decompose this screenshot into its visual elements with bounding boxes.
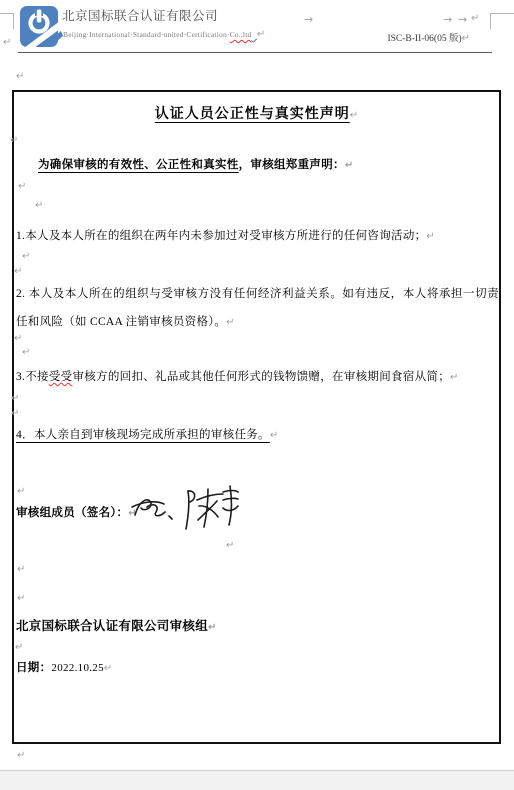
pilcrow-mark: ↵ [10, 136, 18, 146]
item3-flagged-duplicate: 受受 [49, 371, 73, 383]
pilcrow-mark: ↵ [104, 662, 113, 675]
crop-mark-top-left-v [13, 13, 14, 29]
pilcrow-mark: ↵ [226, 541, 234, 551]
pilcrow-mark: ↵ [16, 72, 24, 82]
declaration-item-2: 2. 本人及本人所在的组织与受审核方没有任何经济利益关系。如有违反，本人将承担一… [16, 280, 499, 337]
doc-number-text: ISC-B-II-06(05 版) [387, 34, 461, 44]
pilcrow-mark: ↵ [14, 267, 22, 277]
item3-post: 审核方的回扣、礼品或其他任何形式的钱物馈赠，在审核期间食宿从简； [72, 371, 450, 383]
pilcrow-mark: ↵ [17, 487, 25, 497]
header-rule [18, 52, 492, 53]
pilcrow-mark: ↵ [18, 182, 26, 192]
pilcrow-mark: ↵ [17, 594, 25, 604]
pilcrow-mark: ↵ [208, 622, 217, 633]
pilcrow-mark: ↵ [11, 409, 19, 419]
declaration-item-4: 4．本人亲自到审核现场完成所承担的审核任务。↵ [16, 428, 499, 443]
pilcrow-mark: ↵ [426, 230, 435, 243]
item2-text: 2. 本人及本人所在的组织与受审核方没有任何经济利益关系。如有违反，本人将承担一… [16, 288, 499, 328]
document-body-frame [12, 90, 501, 744]
signature-label-line: 审核组成员（签名）：↵ [16, 506, 137, 521]
pilcrow-mark: ↵ [17, 565, 25, 575]
handwritten-signature-1 [129, 491, 175, 525]
signature-label: 审核组成员（签名）： [16, 507, 128, 519]
intro-statement: 为确保审核的有效性、公正性和真实性，审核组郑重声明：↵ [38, 158, 354, 173]
tab-arrow-icon: → [443, 14, 452, 25]
pilcrow-mark: ↵ [471, 14, 479, 24]
doc-number: ISC-B-II-06(05 版)↵ [330, 30, 470, 44]
pilcrow-mark: ↵ [462, 33, 470, 44]
pilcrow-mark: ↵ [17, 751, 25, 761]
handwritten-signature-2 [180, 480, 240, 536]
item3-pre: 3.不接 [16, 371, 49, 383]
crop-mark-top-right-v [490, 13, 491, 29]
declaration-item-1: 1.本人及本人所在的组织在两年内未参加过对受审核方所进行的任何咨询活动；↵ [16, 229, 499, 244]
item1-text: 1.本人及本人所在的组织在两年内未参加过对受审核方所进行的任何咨询活动； [16, 230, 426, 242]
document-title: 认证人员公正性与真实性声明 [155, 107, 350, 122]
header-company-name-en: Beijing·International·Standard·united·Ce… [63, 29, 265, 41]
tab-arrow-icon: → [304, 14, 313, 25]
declaration-item-3: 3.不接受受审核方的回扣、礼品或其他任何形式的钱物馈赠，在审核期间食宿从简；↵ [16, 370, 499, 385]
intro-underlined: 为确保审核的有效性、公正性和真实性 [38, 159, 239, 171]
closing-company-line: 北京国标联合认证有限公司审核组↵ [16, 616, 217, 634]
document-title-line: 认证人员公正性与真实性声明↵ [12, 103, 501, 123]
pilcrow-mark: ↵ [450, 371, 459, 384]
pilcrow-mark: ↵ [22, 348, 30, 358]
pilcrow-mark: ↵ [11, 394, 19, 404]
spellcheck-flagged-text: Co.,ltd [230, 30, 252, 39]
pilcrow-mark: ↵ [226, 309, 235, 337]
pilcrow-mark: ↵ [22, 252, 30, 262]
date-value: 2022.10.25 [51, 662, 104, 674]
date-label: 日期： [16, 662, 51, 674]
date-line: 日期：2022.10.25↵ [16, 661, 113, 676]
pilcrow-mark: ↵ [14, 334, 22, 344]
pilcrow-mark: ↵ [15, 643, 23, 653]
pilcrow-mark: ↵ [257, 29, 266, 41]
company-logo-icon [20, 5, 64, 49]
item4-text: 4．本人亲自到审核现场完成所承担的审核任务。 [16, 429, 270, 441]
pilcrow-mark: ↵ [350, 110, 358, 121]
closing-company: 北京国标联合认证有限公司审核组 [16, 619, 208, 633]
crop-mark-top-left-h [0, 13, 13, 14]
intro-rest: ，审核组郑重声明： [239, 159, 345, 171]
tab-arrow-icon: → [458, 14, 467, 25]
header-company-name-en-text: Beijing·International·Standard·united·Ce… [63, 30, 230, 39]
document-page: 北京国标联合认证有限公司 Beijing·International·Stand… [0, 0, 514, 771]
pilcrow-mark: ↵ [270, 429, 279, 442]
pilcrow-mark: ↵ [35, 201, 43, 211]
crop-mark-top-right-h [490, 13, 514, 14]
header-company-name-zh: 北京国标联合认证有限公司 [62, 9, 218, 24]
pilcrow-mark: ↵ [345, 159, 354, 172]
pilcrow-mark: ↵ [3, 38, 11, 48]
